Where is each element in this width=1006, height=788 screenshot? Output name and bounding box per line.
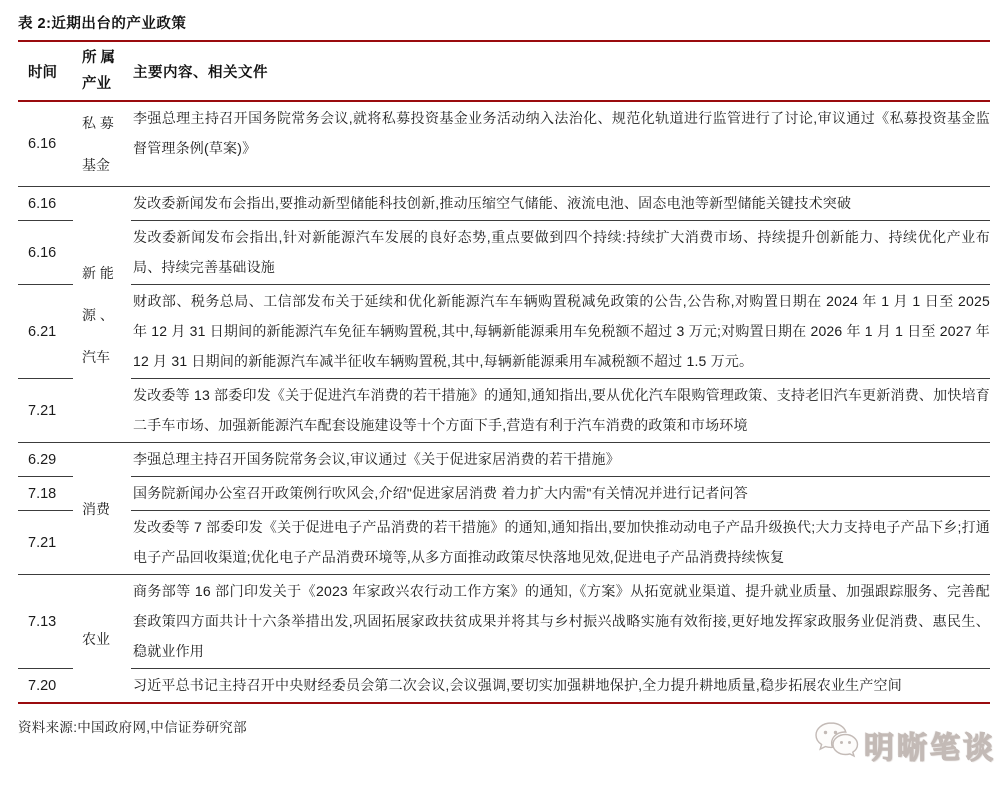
industry-cell: 新 能 源 、 汽车	[73, 187, 131, 442]
report-table-page: 表 2:近期出台的产业政策 时间 所 属 产业 主要内容、相关文件 6.16 私…	[0, 0, 1006, 788]
header-content: 主要内容、相关文件	[131, 61, 990, 82]
table-bottom-rule	[18, 702, 990, 704]
policy-content-cell: 李强总理主持召开国务院常务会议,就将私募投资基金业务活动纳入法治化、规范化轨道进…	[131, 102, 990, 186]
date-text: 6.16	[28, 238, 56, 268]
policy-content-cell: 财政部、税务总局、工信部发布关于延续和优化新能源汽车车辆购置税减免政策的公告,公…	[131, 285, 990, 379]
date-text: 6.16	[28, 189, 56, 219]
date-cell: 7.18	[18, 477, 73, 511]
policy-content-cell: 发改委新闻发布会指出,要推动新型储能科技创新,推动压缩空气储能、液流电池、固态电…	[131, 187, 990, 221]
policy-content-cell: 发改委等 7 部委印发《关于促进电子产品消费的若干措施》的通知,通知指出,要加快…	[131, 511, 990, 574]
industry-cell: 私 募 基金	[73, 102, 131, 186]
date-cell: 6.21	[18, 285, 73, 379]
header-time: 时间	[18, 61, 73, 82]
policy-content-cell: 习近平总书记主持召开中央财经委员会第二次会议,会议强调,要切实加强耕地保护,全力…	[131, 669, 990, 702]
date-cell: 7.13	[18, 575, 73, 669]
table-section-consumption: 消费 6.29 李强总理主持召开国务院常务会议,审议通过《关于促进家居消费的若干…	[18, 443, 990, 575]
policy-content-cell: 商务部等 16 部门印发关于《2023 年家政兴农行动工作方案》的通知,《方案》…	[131, 575, 990, 669]
date-cell: 6.16	[18, 187, 73, 221]
date-text: 7.21	[28, 528, 56, 558]
date-text: 7.20	[28, 671, 56, 701]
header-industry: 所 属 产业	[73, 45, 131, 97]
date-cell: 7.21	[18, 379, 73, 442]
table-section-private-funds: 6.16 私 募 基金 李强总理主持召开国务院常务会议,就将私募投资基金业务活动…	[18, 102, 990, 187]
policy-content-cell: 发改委等 13 部委印发《关于促进汽车消费的若干措施》的通知,通知指出,要从优化…	[131, 379, 990, 442]
date-text: 6.21	[28, 317, 56, 347]
date-cell: 6.16	[18, 102, 73, 186]
date-cell: 6.16	[18, 221, 73, 285]
source-note: 资料来源:中国政府网,中信证券研究部	[18, 716, 990, 736]
date-cell: 6.29	[18, 443, 73, 477]
date-cell: 7.21	[18, 511, 73, 574]
industry-cell: 农业	[73, 575, 131, 702]
policy-content-cell: 发改委新闻发布会指出,针对新能源汽车发展的良好态势,重点要做到四个持续:持续扩大…	[131, 221, 990, 285]
table-section-new-energy-auto: 新 能 源 、 汽车 6.16 发改委新闻发布会指出,要推动新型储能科技创新,推…	[18, 187, 990, 443]
policy-content-cell: 李强总理主持召开国务院常务会议,审议通过《关于促进家居消费的若干措施》	[131, 443, 990, 477]
table-header-row: 时间 所 属 产业 主要内容、相关文件	[18, 42, 990, 102]
date-text: 7.18	[28, 479, 56, 509]
table-section-agriculture: 农业 7.13 商务部等 16 部门印发关于《2023 年家政兴农行动工作方案》…	[18, 575, 990, 702]
date-cell: 7.20	[18, 669, 73, 702]
date-text: 7.21	[28, 396, 56, 426]
date-text: 6.29	[28, 445, 56, 475]
date-text: 6.16	[28, 129, 56, 159]
table-title: 表 2:近期出台的产业政策	[18, 8, 990, 42]
policy-content-cell: 国务院新闻办公室召开政策例行吹风会,介绍"促进家居消费 着力扩大内需"有关情况并…	[131, 477, 990, 511]
date-text: 7.13	[28, 607, 56, 637]
industry-cell: 消费	[73, 443, 131, 574]
